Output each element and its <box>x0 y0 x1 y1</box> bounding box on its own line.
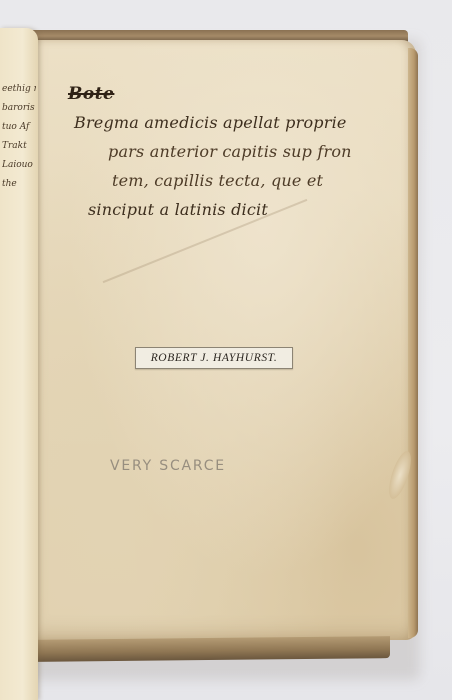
manuscript-line: tem, capillis tecta, que et <box>112 166 413 195</box>
manuscript-line: sinciput a latinis dicit <box>88 195 413 224</box>
flyleaf-line: the <box>2 175 36 194</box>
flyleaf-line: Trakt <box>2 137 36 156</box>
struck-word: Bote <box>68 84 413 104</box>
pencil-note: VERY SCARCE <box>110 458 226 474</box>
flyleaf-line: baroris <box>2 99 36 118</box>
flyleaf-line: Laiouo <box>2 156 36 175</box>
manuscript-line: pars anterior capitis sup fron <box>108 137 413 166</box>
manuscript-line: Bregma amedicis apellat proprie <box>74 108 413 137</box>
flyleaf: eethig rel baroris tuo Af Trakt Laiouo t… <box>0 28 38 700</box>
manuscript-inscription: Bote Bregma amedicis apellat proprie par… <box>68 84 413 224</box>
ownership-label: ROBERT J. HAYHURST. <box>135 347 293 369</box>
flyleaf-line: eethig rel <box>2 80 36 99</box>
flyleaf-line: tuo Af <box>2 118 36 137</box>
flyleaf-handwriting: eethig rel baroris tuo Af Trakt Laiouo t… <box>2 80 36 194</box>
book-bottom-edge <box>30 636 390 662</box>
